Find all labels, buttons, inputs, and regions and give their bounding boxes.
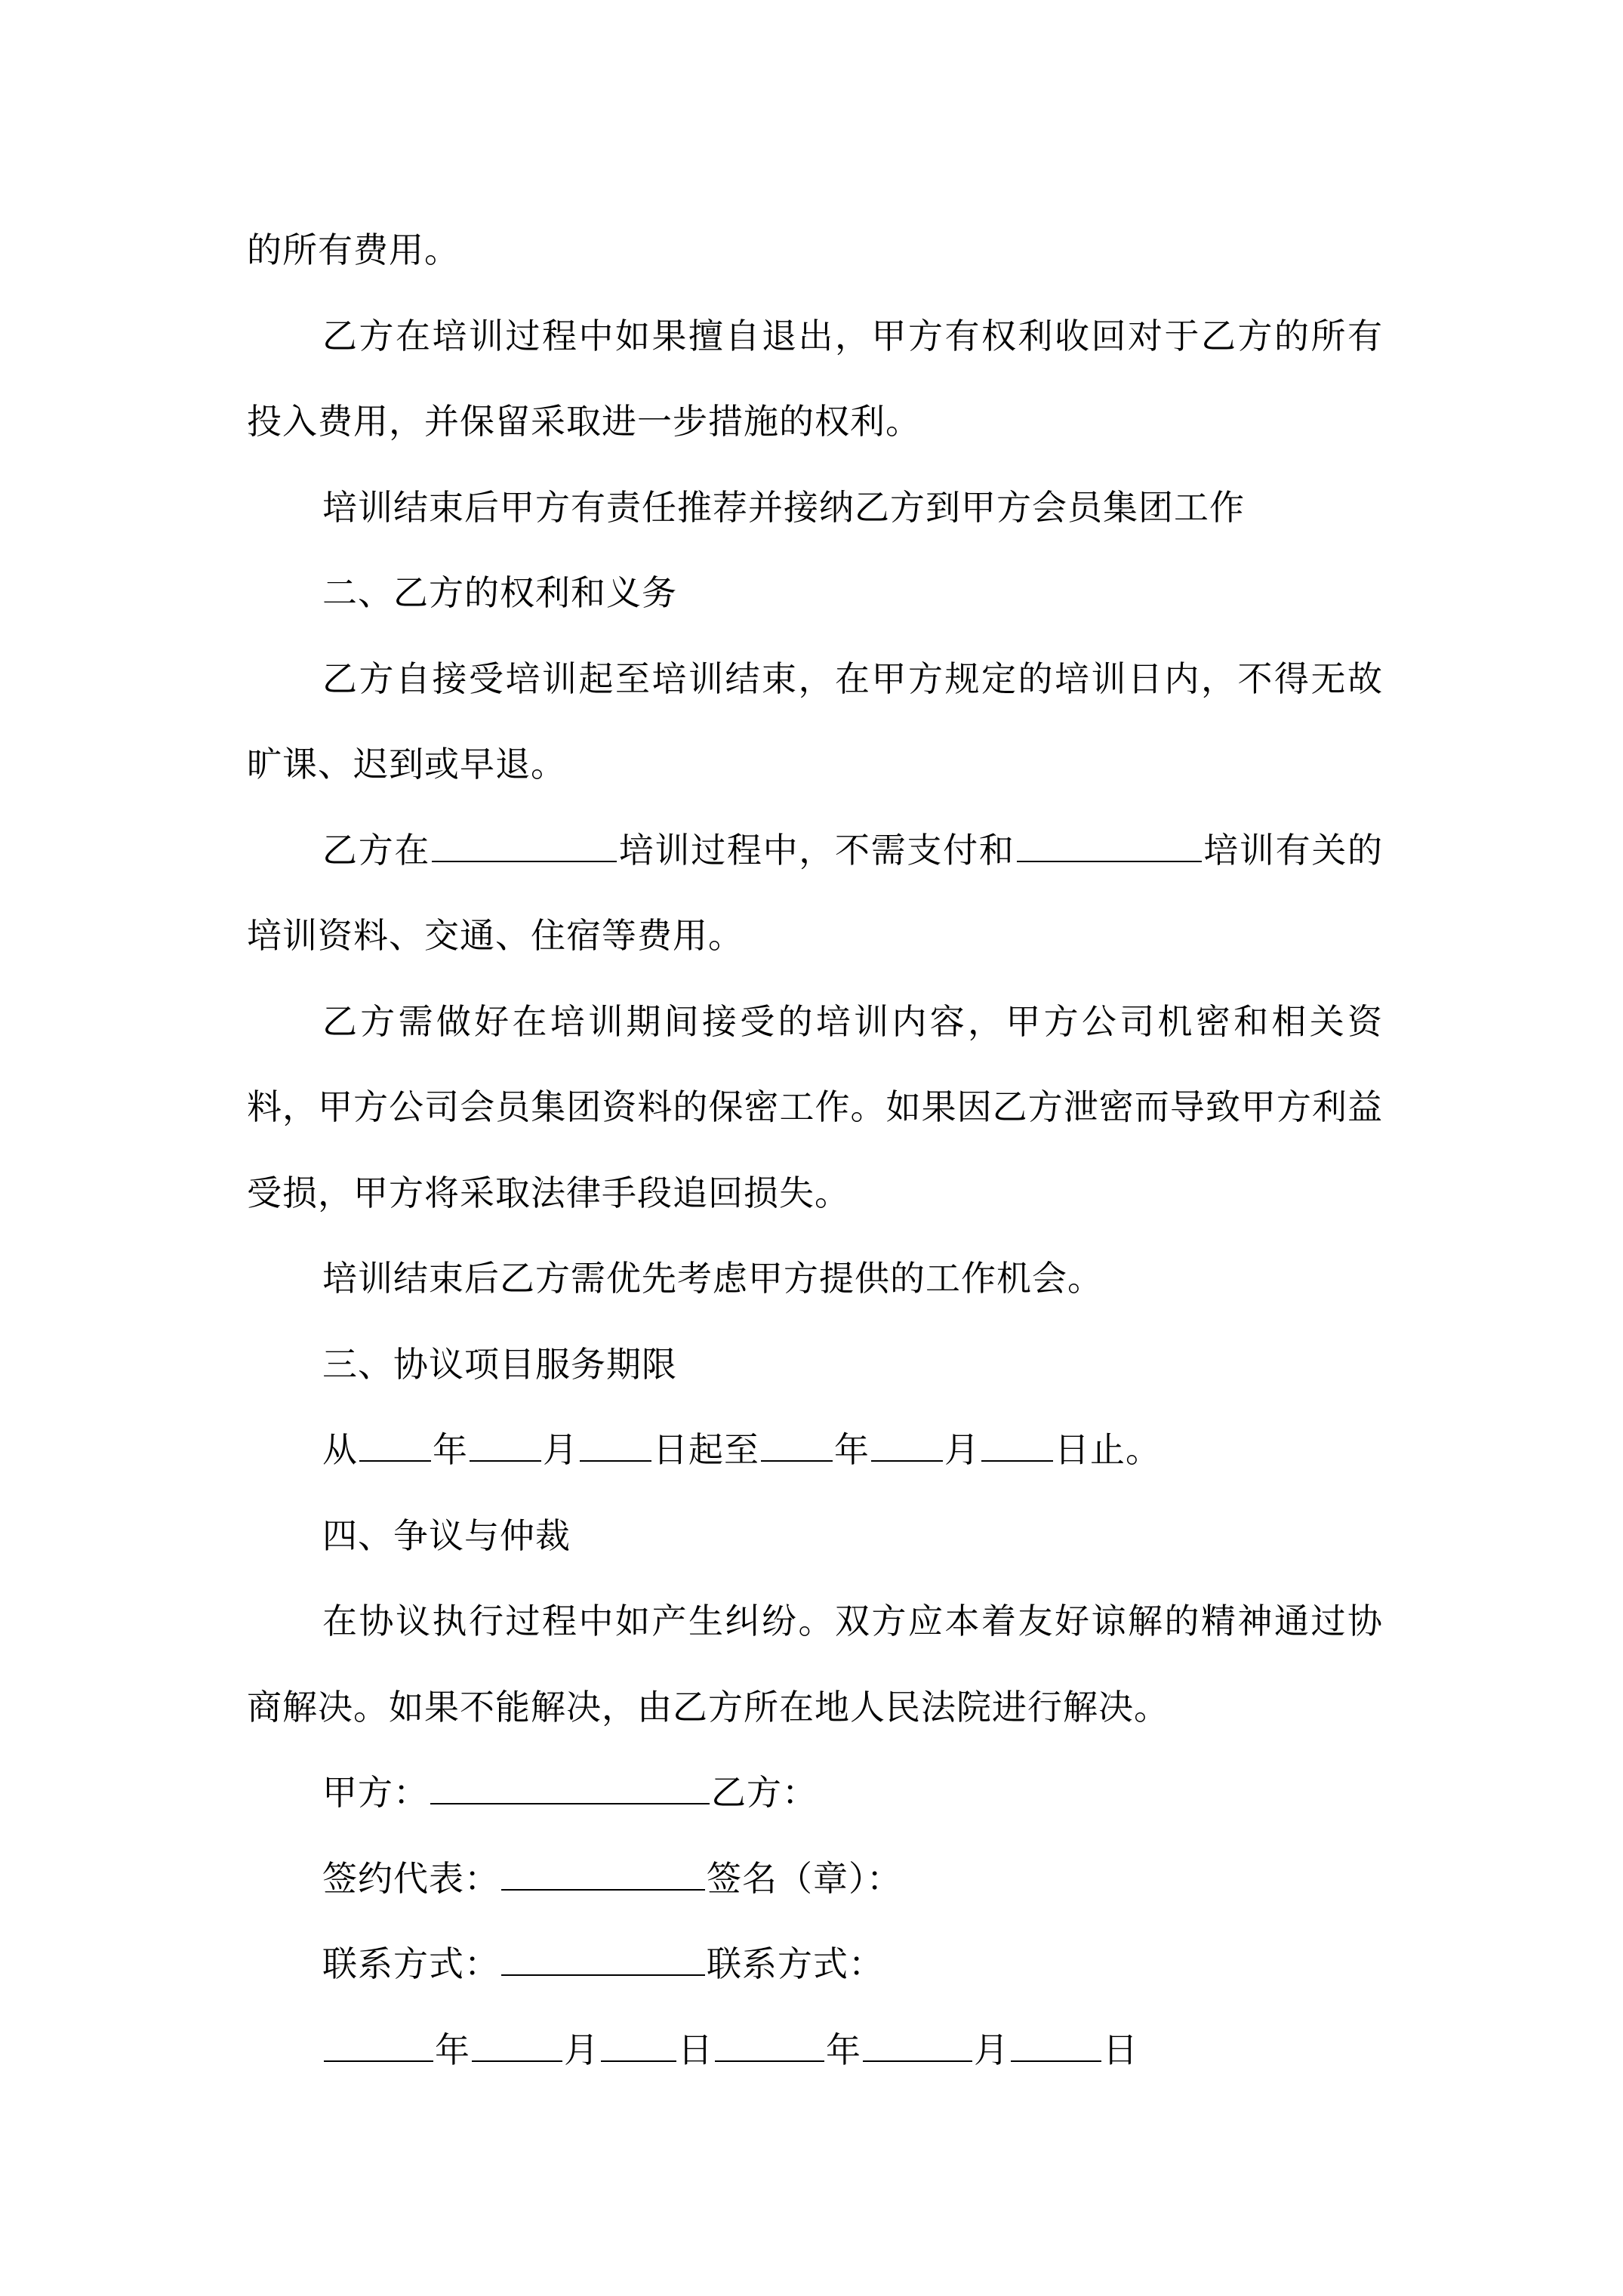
- term-period-line: 从年月日起至年月日止。: [247, 1407, 1383, 1493]
- signature-row-parties: 甲方：乙方：: [247, 1750, 1383, 1836]
- section-heading-2: 二、乙方的权利和义务: [247, 550, 1383, 636]
- party-a-label: 甲方：: [322, 1772, 429, 1813]
- paragraph-recommendation: 培训结束后甲方有责任推荐并接纳乙方到甲方会员集团工作: [247, 465, 1383, 551]
- signature-seal-label: 签名（章）：: [707, 1858, 902, 1899]
- date-day-label-b: 日: [1103, 2029, 1138, 2070]
- fees-text-1: 乙方在: [322, 830, 430, 871]
- blank-start-year[interactable]: [359, 1427, 431, 1462]
- signature-row-date: 年月日年月日: [247, 2008, 1383, 2094]
- contact-b-label: 联系方式：: [707, 1943, 884, 1984]
- fees-text-2: 培训过程中，不需支付和: [618, 830, 1015, 871]
- signature-row-contact: 联系方式：联系方式：: [247, 1922, 1383, 2008]
- party-b-label: 乙方：: [711, 1772, 818, 1813]
- contact-a-label: 联系方式：: [322, 1943, 500, 1984]
- blank-date-day-a[interactable]: [601, 2027, 676, 2062]
- representative-label: 签约代表：: [322, 1858, 500, 1899]
- date-month-label-a: 月: [564, 2029, 599, 2070]
- blank-start-month[interactable]: [470, 1427, 541, 1462]
- blank-date-month-a[interactable]: [472, 2027, 562, 2062]
- date-year-label-b: 年: [826, 2029, 861, 2070]
- blank-field-training-2[interactable]: [1017, 827, 1202, 862]
- term-year-label-1: 年: [433, 1429, 468, 1470]
- blank-party-a[interactable]: [430, 1770, 710, 1804]
- term-from-label: 从: [322, 1429, 358, 1470]
- signature-block: 甲方：乙方： 签约代表：签名（章）： 联系方式：联系方式： 年月日年月日: [247, 1750, 1383, 2093]
- blank-date-day-b[interactable]: [1011, 2027, 1101, 2062]
- blank-date-year-a[interactable]: [324, 2027, 433, 2062]
- blank-end-year[interactable]: [761, 1427, 833, 1462]
- document-page: 的所有费用。 乙方在培训过程中如果擅自退出，甲方有权利收回对于乙方的所有投入费用…: [0, 0, 1623, 2296]
- document-body: 的所有费用。 乙方在培训过程中如果擅自退出，甲方有权利收回对于乙方的所有投入费用…: [247, 208, 1383, 2093]
- paragraph-fees: 乙方在培训过程中，不需支付和培训有关的培训资料、交通、住宿等费用。: [247, 808, 1383, 979]
- blank-date-year-b[interactable]: [715, 2027, 824, 2062]
- paragraph-withdrawal-clause: 乙方在培训过程中如果擅自退出，甲方有权利收回对于乙方的所有投入费用，并保留采取进…: [247, 294, 1383, 465]
- paragraph-attendance: 乙方自接受培训起至培训结束，在甲方规定的培训日内，不得无故旷课、迟到或早退。: [247, 636, 1383, 808]
- section-heading-4: 四、争议与仲裁: [247, 1493, 1383, 1579]
- signature-row-representative: 签约代表：签名（章）：: [247, 1836, 1383, 1922]
- blank-end-day[interactable]: [981, 1427, 1053, 1462]
- blank-contact-a[interactable]: [501, 1941, 705, 1976]
- blank-representative[interactable]: [501, 1856, 705, 1891]
- term-year-label-2: 年: [834, 1429, 870, 1470]
- blank-field-training-1[interactable]: [432, 827, 617, 862]
- blank-end-month[interactable]: [871, 1427, 943, 1462]
- paragraph-job-offer: 培训结束后乙方需优先考虑甲方提供的工作机会。: [247, 1236, 1383, 1322]
- paragraph-dispute-resolution: 在协议执行过程中如产生纠纷。双方应本着友好谅解的精神通过协商解决。如果不能解决，…: [247, 1579, 1383, 1750]
- blank-date-month-b[interactable]: [863, 2027, 972, 2062]
- term-day-label-1: 日起至: [653, 1429, 759, 1470]
- date-month-label-b: 月: [974, 2029, 1009, 2070]
- date-day-label-a: 日: [678, 2029, 713, 2070]
- blank-start-day[interactable]: [580, 1427, 651, 1462]
- term-month-label-2: 月: [944, 1429, 980, 1470]
- section-heading-3: 三、协议项目服务期限: [247, 1322, 1383, 1408]
- paragraph-confidentiality: 乙方需做好在培训期间接受的培训内容，甲方公司机密和相关资料，甲方公司会员集团资料…: [247, 979, 1383, 1237]
- paragraph-continuation: 的所有费用。: [247, 208, 1383, 294]
- term-month-label-1: 月: [543, 1429, 578, 1470]
- date-year-label-a: 年: [435, 2029, 470, 2070]
- term-day-label-2: 日止。: [1055, 1429, 1161, 1470]
